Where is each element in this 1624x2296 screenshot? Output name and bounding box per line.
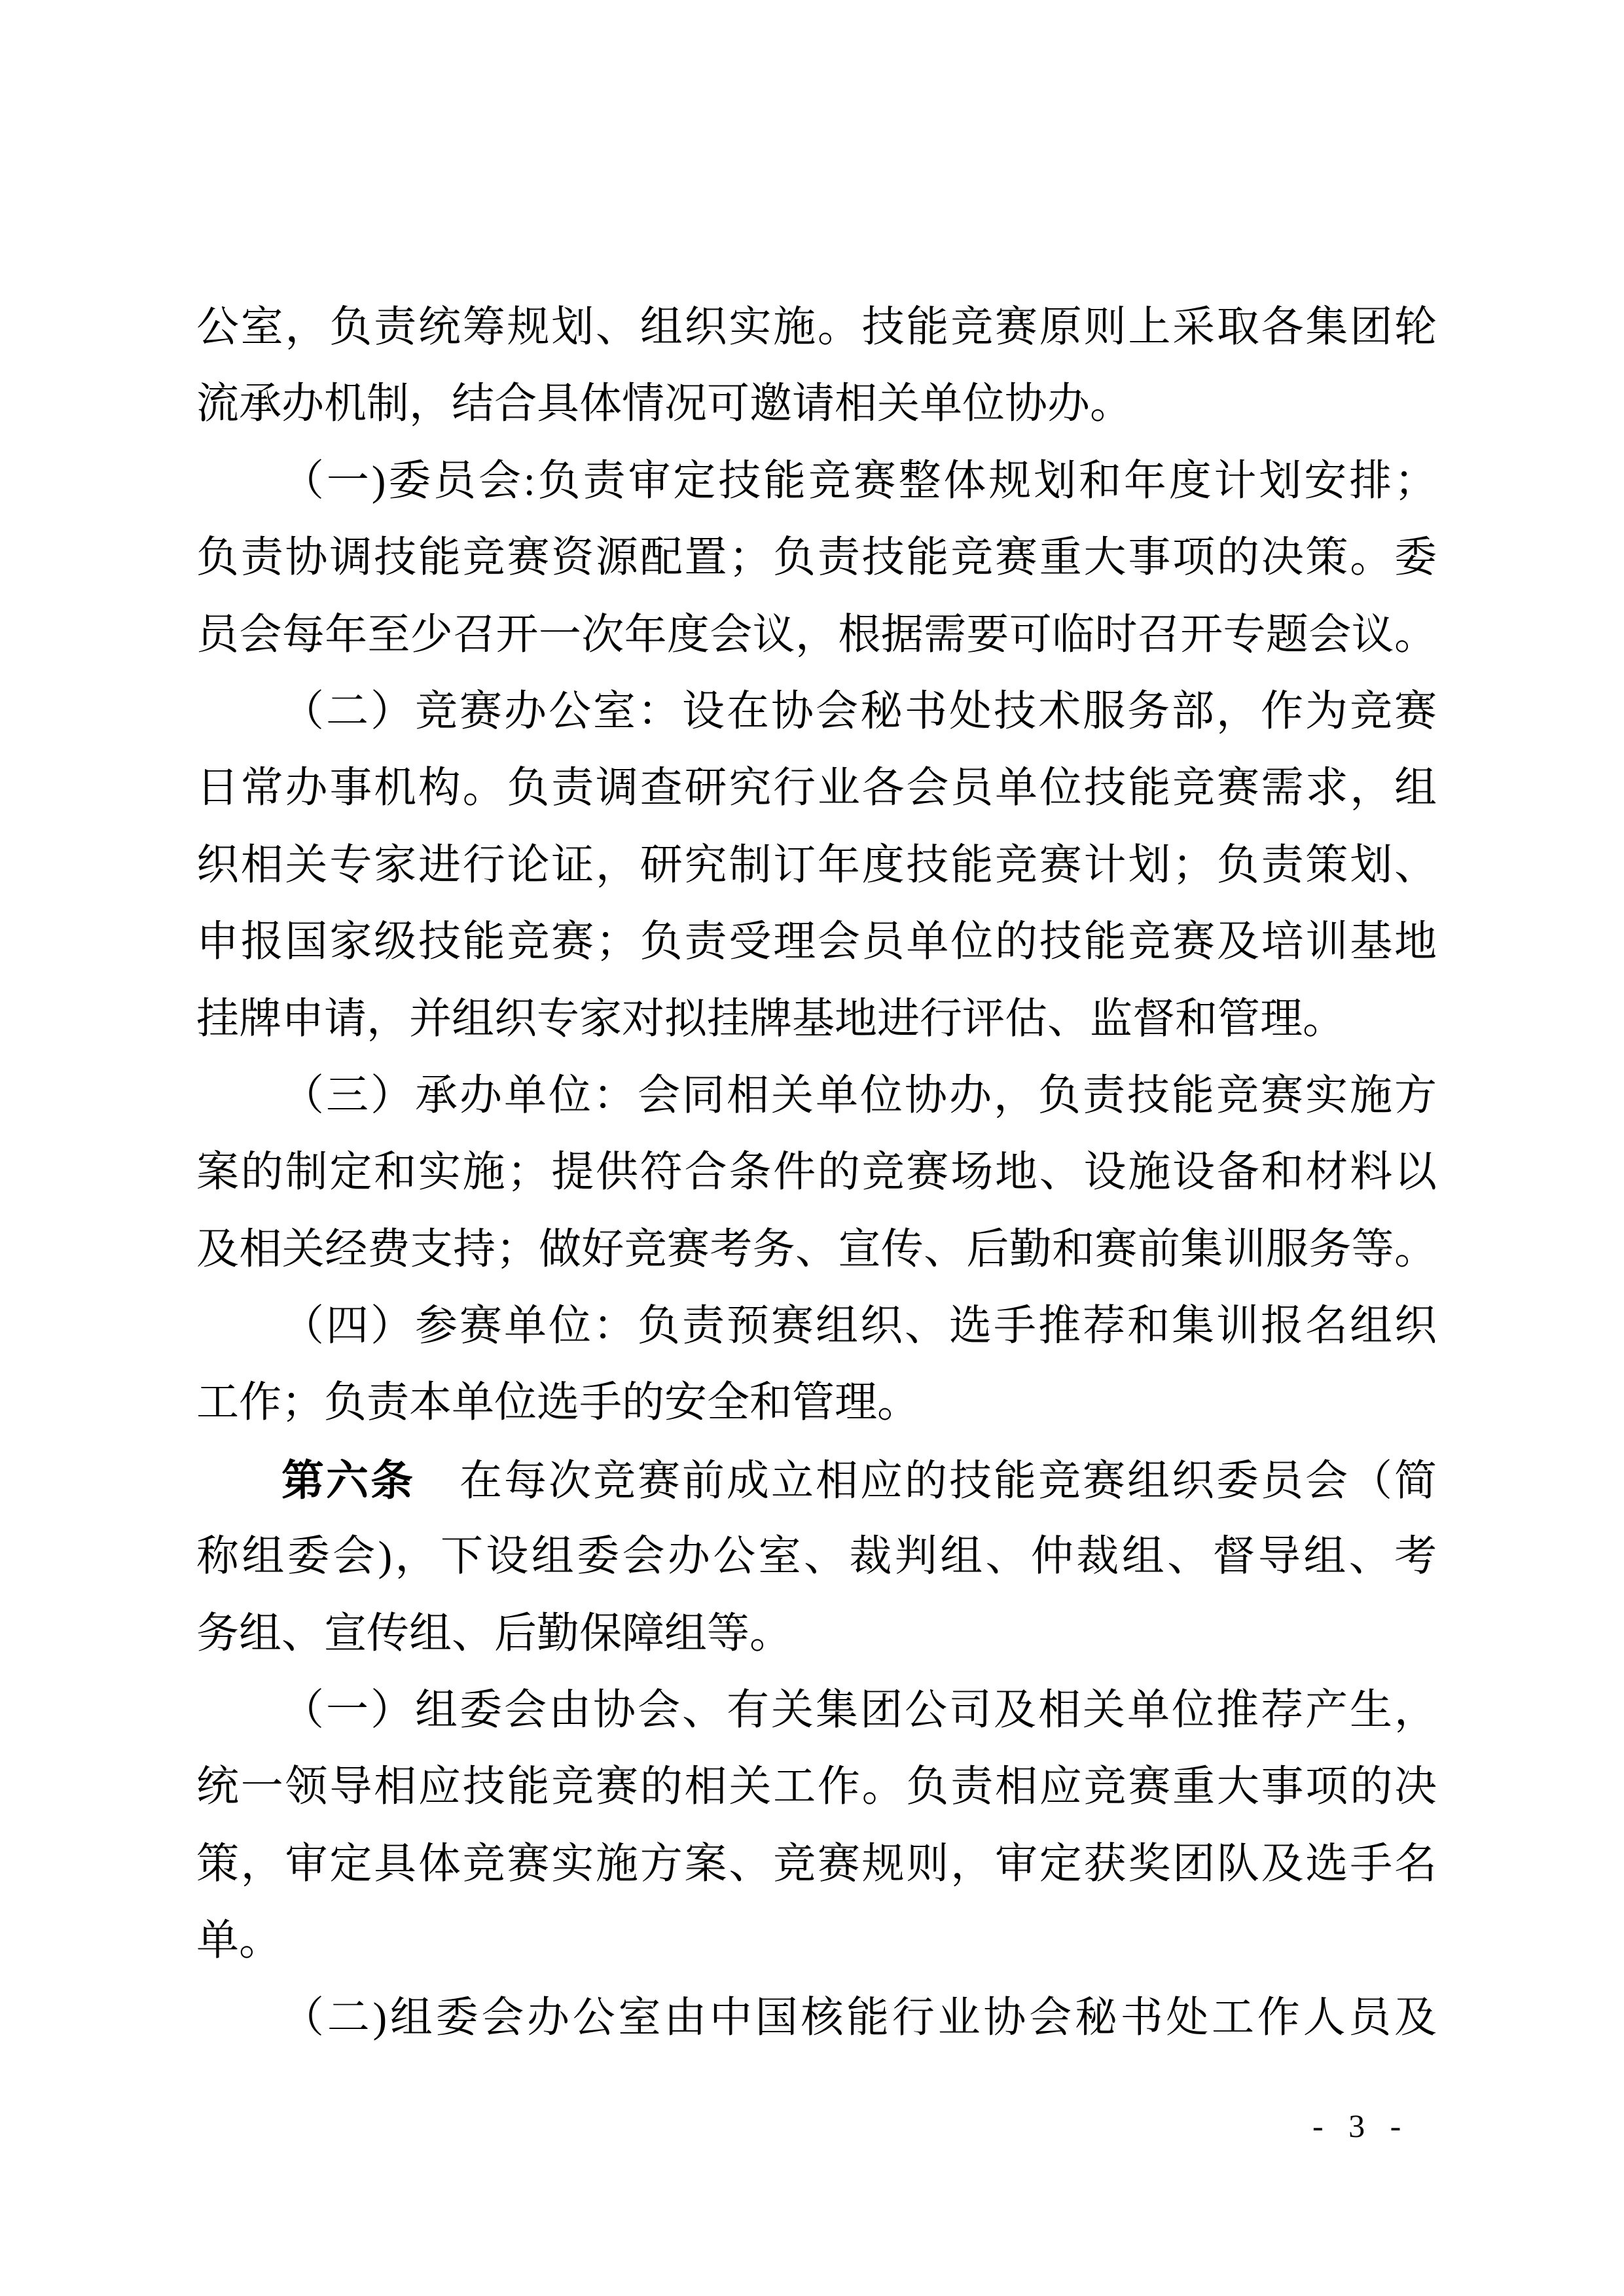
text-run: 务组、宣传组、后勤保障组等。 <box>196 1610 792 1657</box>
text-run: （一）组委会由协会、有关集团公司及相关单位推荐产生， <box>281 1687 1437 1734</box>
text-run: 策，审定具体竞赛实施方案、竞赛规则，审定获奖团队及选手名 <box>196 1840 1437 1888</box>
text-run: 工作；负责本单位选手的安全和管理。 <box>196 1379 920 1426</box>
text-run: 称组委会)，下设组委会办公室、裁判组、仲裁组、督导组、考 <box>196 1533 1437 1580</box>
text-line-10: 挂牌申请，并组织专家对拟挂牌基地进行评估、监督和管理。 <box>196 981 1437 1058</box>
text-run: 公室，负责统筹规划、组织实施。技能竞赛原则上采取各集团轮 <box>196 304 1437 351</box>
text-line-5: 员会每年至少召开一次年度会议，根据需要可临时召开专题会议。 <box>196 597 1437 673</box>
text-line-11: （三）承办单位：会同相关单位协办，负责技能竞赛实施方 <box>196 1058 1437 1134</box>
text-line-19: （一）组委会由协会、有关集团公司及相关单位推荐产生， <box>196 1672 1437 1749</box>
text-line-13: 及相关经费支持；做好竞赛考务、宣传、后勤和赛前集训服务等。 <box>196 1211 1437 1288</box>
text-line-23: （二)组委会办公室由中国核能行业协会秘书处工作人员及 <box>196 1980 1437 2056</box>
text-run: 及相关经费支持；做好竞赛考务、宣传、后勤和赛前集训服务等。 <box>196 1226 1437 1273</box>
text-line-3: （一)委员会:负责审定技能竞赛整体规划和年度计划安排； <box>196 443 1437 520</box>
text-run: 负责协调技能竞赛资源配置；负责技能竞赛重大事项的决策。委 <box>196 534 1437 581</box>
text-run: （一)委员会:负责审定技能竞赛整体规划和年度计划安排； <box>281 457 1437 505</box>
text-line-18: 务组、宣传组、后勤保障组等。 <box>196 1596 1437 1672</box>
text-line-7: 日常办事机构。负责调查研究行业各会员单位技能竞赛需求，组 <box>196 750 1437 827</box>
page-number: - 3 - <box>1312 2106 1403 2145</box>
text-run: 挂牌申请，并组织专家对拟挂牌基地进行评估、监督和管理。 <box>196 996 1345 1043</box>
text-run: （二）竞赛办公室：设在协会秘书处技术服务部，作为竞赛 <box>281 688 1437 735</box>
text-line-14: （四）参赛单位：负责预赛组织、选手推荐和集训报名组织 <box>196 1288 1437 1365</box>
text-line-16: 第六条 在每次竞赛前成立相应的技能竞赛组织委员会（简 <box>196 1442 1437 1518</box>
text-run: 申报国家级技能竞赛；负责受理会员单位的技能竞赛及培训基地 <box>196 918 1437 965</box>
text-block: 公室，负责统筹规划、组织实施。技能竞赛原则上采取各集团轮流承办机制，结合具体情况… <box>196 289 1437 2056</box>
text-run: 案的制定和实施；提供符合条件的竞赛场地、设施设备和材料以 <box>196 1149 1437 1196</box>
text-line-8: 织相关专家进行论证，研究制订年度技能竞赛计划；负责策划、 <box>196 827 1437 904</box>
text-line-21: 策，审定具体竞赛实施方案、竞赛规则，审定获奖团队及选手名 <box>196 1826 1437 1903</box>
text-line-1: 公室，负责统筹规划、组织实施。技能竞赛原则上采取各集团轮 <box>196 289 1437 366</box>
text-line-17: 称组委会)，下设组委会办公室、裁判组、仲裁组、督导组、考 <box>196 1518 1437 1595</box>
text-run: 织相关专家进行论证，研究制订年度技能竞赛计划；负责策划、 <box>196 842 1437 889</box>
text-line-4: 负责协调技能竞赛资源配置；负责技能竞赛重大事项的决策。委 <box>196 520 1437 596</box>
bold-text-run: 第六条 <box>281 1456 415 1504</box>
text-run: 在每次竞赛前成立相应的技能竞赛组织委员会（简 <box>415 1458 1437 1505</box>
text-run: 员会每年至少召开一次年度会议，根据需要可临时召开专题会议。 <box>196 611 1437 658</box>
text-line-22: 单。 <box>196 1903 1437 1979</box>
text-line-15: 工作；负责本单位选手的安全和管理。 <box>196 1365 1437 1441</box>
text-line-9: 申报国家级技能竞赛；负责受理会员单位的技能竞赛及培训基地 <box>196 904 1437 980</box>
text-line-20: 统一领导相应技能竞赛的相关工作。负责相应竞赛重大事项的决 <box>196 1749 1437 1825</box>
text-line-12: 案的制定和实施；提供符合条件的竞赛场地、设施设备和材料以 <box>196 1134 1437 1211</box>
text-run: 流承办机制，结合具体情况可邀请相关单位协办。 <box>196 380 1132 427</box>
text-run: 日常办事机构。负责调查研究行业各会员单位技能竞赛需求，组 <box>196 764 1437 812</box>
text-run: （三）承办单位：会同相关单位协办，负责技能竞赛实施方 <box>281 1072 1437 1119</box>
text-run: 统一领导相应技能竞赛的相关工作。负责相应竞赛重大事项的决 <box>196 1763 1437 1810</box>
document-page: 公室，负责统筹规划、组织实施。技能竞赛原则上采取各集团轮流承办机制，结合具体情况… <box>0 0 1624 2296</box>
text-line-6: （二）竞赛办公室：设在协会秘书处技术服务部，作为竞赛 <box>196 673 1437 750</box>
text-run: （四）参赛单位：负责预赛组织、选手推荐和集训报名组织 <box>281 1302 1437 1350</box>
text-run: （二)组委会办公室由中国核能行业协会秘书处工作人员及 <box>281 1994 1437 2041</box>
text-line-2: 流承办机制，结合具体情况可邀请相关单位协办。 <box>196 366 1437 442</box>
text-run: 单。 <box>196 1917 281 1964</box>
